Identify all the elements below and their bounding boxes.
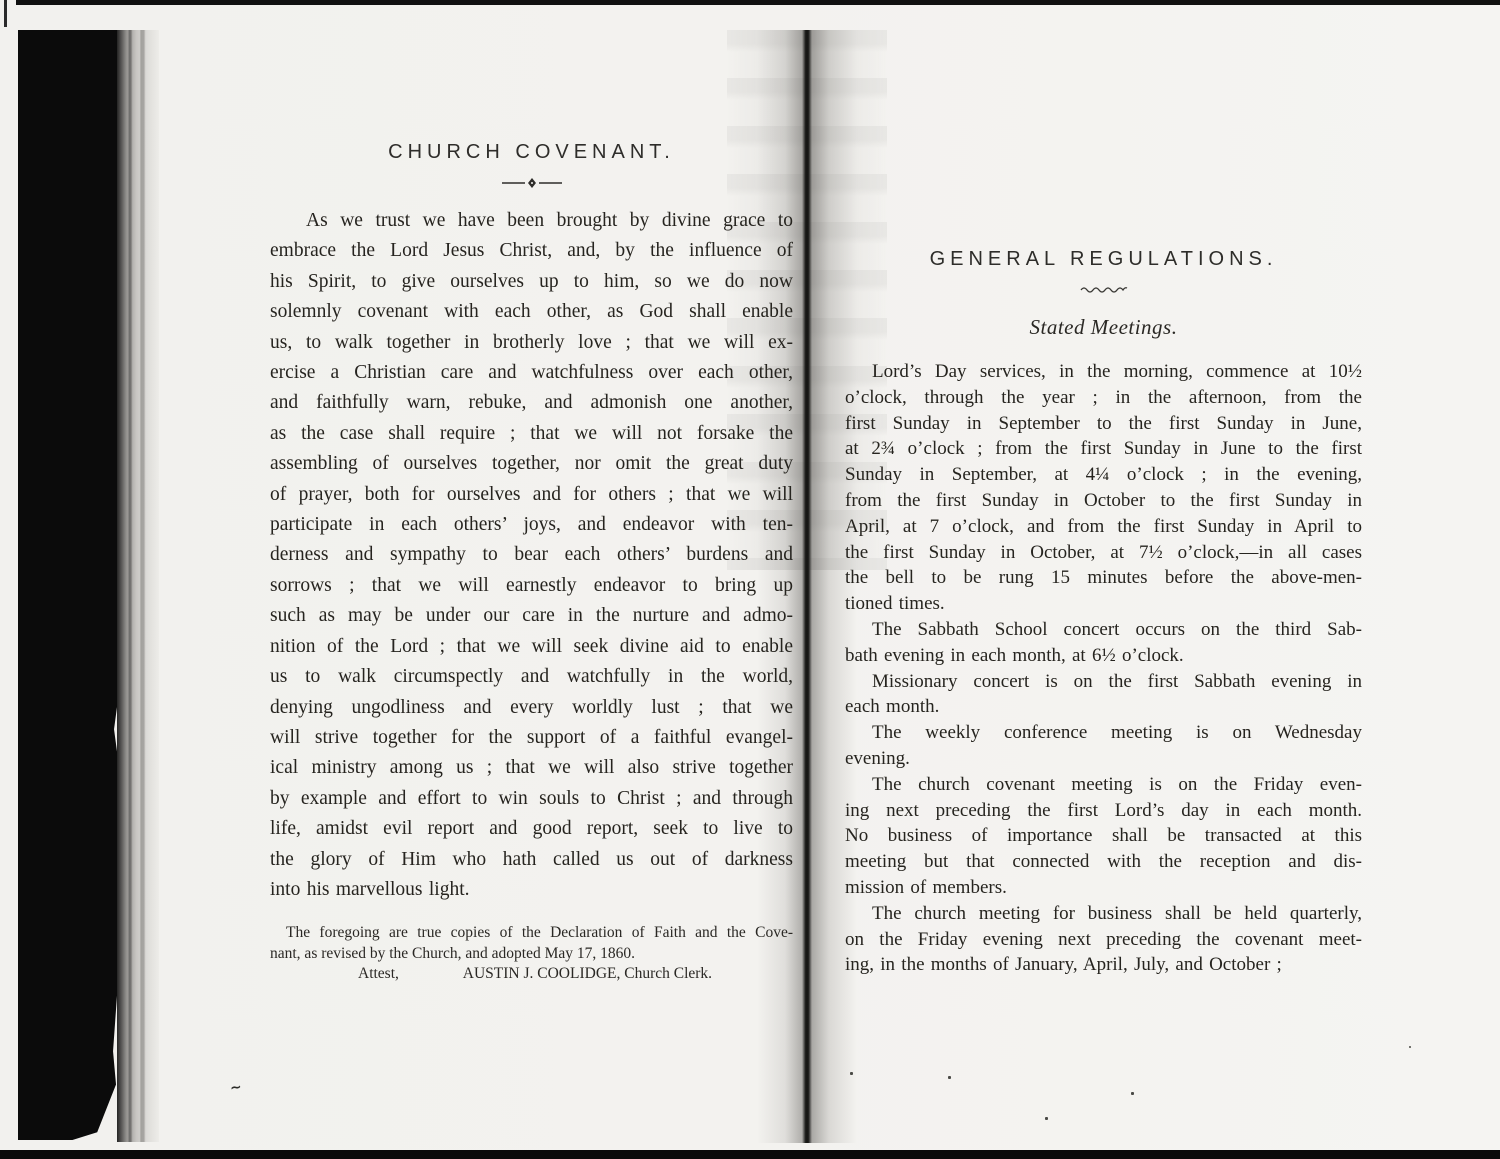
attest-label: Attest,: [358, 965, 399, 982]
scan-speck: [948, 1076, 951, 1079]
diamond-rule-icon: [502, 177, 562, 189]
right-page: GENERAL REGULATIONS. Stated Meetings. Lo…: [845, 247, 1362, 978]
text-line: tioned times.: [845, 591, 1362, 617]
text-line: nition of the Lord ; that we will seek d…: [270, 632, 793, 662]
right-page-title: GENERAL REGULATIONS.: [845, 247, 1362, 271]
text-line: as the case shall require ; that we will…: [270, 419, 793, 449]
text-line: April, at 7 o’clock, and from the first …: [845, 514, 1362, 540]
text-line: The weekly conference meeting is on Wedn…: [845, 720, 1362, 746]
text-line: participate in each others’ joys, and en…: [270, 510, 793, 540]
text-line: the first Sunday in October, at 7½ o’clo…: [845, 540, 1362, 566]
text-line: o’clock, through the year ; in the after…: [845, 385, 1362, 411]
covenant-footnote: The foregoing are true copies of the Dec…: [270, 923, 793, 985]
covenant-text: As we trust we have been brought by divi…: [270, 206, 793, 905]
paragraph: Lord’s Day services, in the morning, com…: [845, 359, 1362, 617]
text-line: ing, in the months of January, April, Ju…: [845, 952, 1362, 978]
text-line: embrace the Lord Jesus Christ, and, by t…: [270, 236, 793, 266]
regulations-text: Lord’s Day services, in the morning, com…: [845, 359, 1362, 978]
footnote-line: nant, as revised by the Church, and adop…: [270, 944, 793, 965]
scan-speck: [1131, 1092, 1134, 1095]
text-line: the bell to be rung 15 minutes before th…: [845, 565, 1362, 591]
text-line: assembling of ourselves together, nor om…: [270, 449, 793, 479]
section-heading: Stated Meetings.: [845, 315, 1362, 340]
text-line: and faithfully warn, rebuke, and admonis…: [270, 388, 793, 418]
scan-corner-mark: [4, 0, 7, 27]
scanned-book-spread: ~ CHURCH COVENANT. As we trust we have b…: [0, 0, 1500, 1159]
text-line: first Sunday in September to the first S…: [845, 411, 1362, 437]
text-line: mission of members.: [845, 875, 1362, 901]
text-line: denying ungodliness and every worldly lu…: [270, 693, 793, 723]
scan-top-edge: [16, 0, 1500, 5]
text-line: by example and effort to win souls to Ch…: [270, 784, 793, 814]
left-page: CHURCH COVENANT. As we trust we have bee…: [270, 140, 793, 985]
text-line: meeting but that connected with the rece…: [845, 849, 1362, 875]
text-line: the glory of Him who hath called us out …: [270, 845, 793, 875]
scan-left-black-band: [18, 30, 117, 1140]
text-line: his Spirit, to give ourselves up to him,…: [270, 267, 793, 297]
text-line: As we trust we have been brought by divi…: [270, 206, 793, 236]
text-line: sorrows ; that we will earnestly endeavo…: [270, 571, 793, 601]
scan-ink-mark: ~: [229, 1079, 241, 1096]
scan-bottom-edge: [0, 1150, 1500, 1159]
text-line: us, to walk together in brotherly love ;…: [270, 328, 793, 358]
footnote-line: The foregoing are true copies of the Dec…: [270, 923, 793, 944]
text-line: at 2¾ o’clock ; from the first Sunday in…: [845, 436, 1362, 462]
text-line: Sunday in September, at 4¼ o’clock ; in …: [845, 462, 1362, 488]
text-line: of prayer, both for ourselves and for ot…: [270, 480, 793, 510]
text-line: evening.: [845, 746, 1362, 772]
text-line: such as may be under our care in the nur…: [270, 601, 793, 631]
text-line: ercise a Christian care and watchfulness…: [270, 358, 793, 388]
paragraph: Missionary concert is on the first Sabba…: [845, 669, 1362, 721]
text-line: The Sabbath School concert occurs on the…: [845, 617, 1362, 643]
text-line: solemnly covenant with each other, as Go…: [270, 297, 793, 327]
scan-speck: [1045, 1117, 1048, 1120]
text-line: life, amidst evil report and good report…: [270, 814, 793, 844]
text-line: Missionary concert is on the first Sabba…: [845, 669, 1362, 695]
text-line: us to walk circumspectly and watchfully …: [270, 662, 793, 692]
text-line: each month.: [845, 694, 1362, 720]
scan-speck: [850, 1072, 853, 1075]
text-line: bath evening in each month, at 6½ o’cloc…: [845, 643, 1362, 669]
text-line: No business of importance shall be trans…: [845, 823, 1362, 849]
paragraph: The church covenant meeting is on the Fr…: [845, 772, 1362, 901]
text-line: derness and sympathy to bear each others…: [270, 540, 793, 570]
scan-speck: [1409, 1046, 1411, 1048]
text-line: Lord’s Day services, in the morning, com…: [845, 359, 1362, 385]
left-page-title: CHURCH COVENANT.: [270, 140, 793, 164]
scan-left-edge-fade: [117, 30, 159, 1142]
footnote-attest-line: Attest, AUSTIN J. COOLIDGE, Church Clerk…: [270, 964, 793, 985]
clerk-signature: AUSTIN J. COOLIDGE, Church Clerk.: [463, 965, 712, 982]
text-line: from the first Sunday in October to the …: [845, 488, 1362, 514]
text-line: on the Friday evening next preceding the…: [845, 927, 1362, 953]
wavy-rule-icon: [1080, 284, 1128, 294]
paragraph: The church meeting for business shall be…: [845, 901, 1362, 978]
text-line: The church meeting for business shall be…: [845, 901, 1362, 927]
paragraph: The weekly conference meeting is on Wedn…: [845, 720, 1362, 772]
text-line: will strive together for the support of …: [270, 723, 793, 753]
paragraph: The Sabbath School concert occurs on the…: [845, 617, 1362, 669]
text-line: into his marvellous light.: [270, 875, 793, 905]
text-line: The church covenant meeting is on the Fr…: [845, 772, 1362, 798]
text-line: ical ministry among us ; that we will al…: [270, 753, 793, 783]
text-line: ing next preceding the first Lord’s day …: [845, 798, 1362, 824]
